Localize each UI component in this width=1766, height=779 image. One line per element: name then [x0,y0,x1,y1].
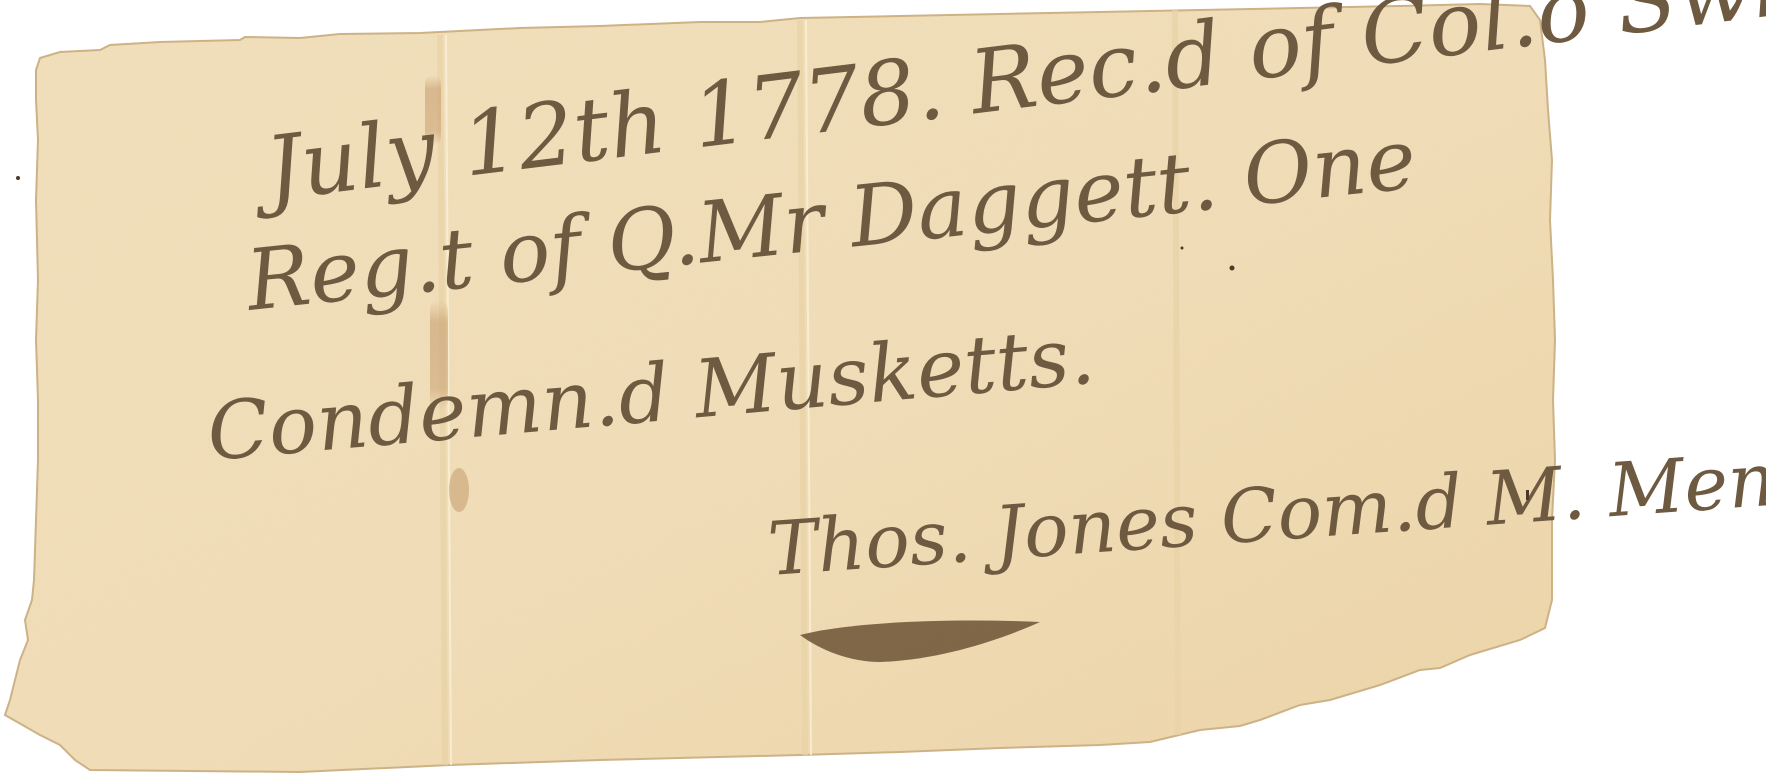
document-scan: July 12th 1778. Rec.d of Col.o Swift Reg… [0,0,1766,779]
paper-sheet: July 12th 1778. Rec.d of Col.o Swift Reg… [0,0,1766,779]
